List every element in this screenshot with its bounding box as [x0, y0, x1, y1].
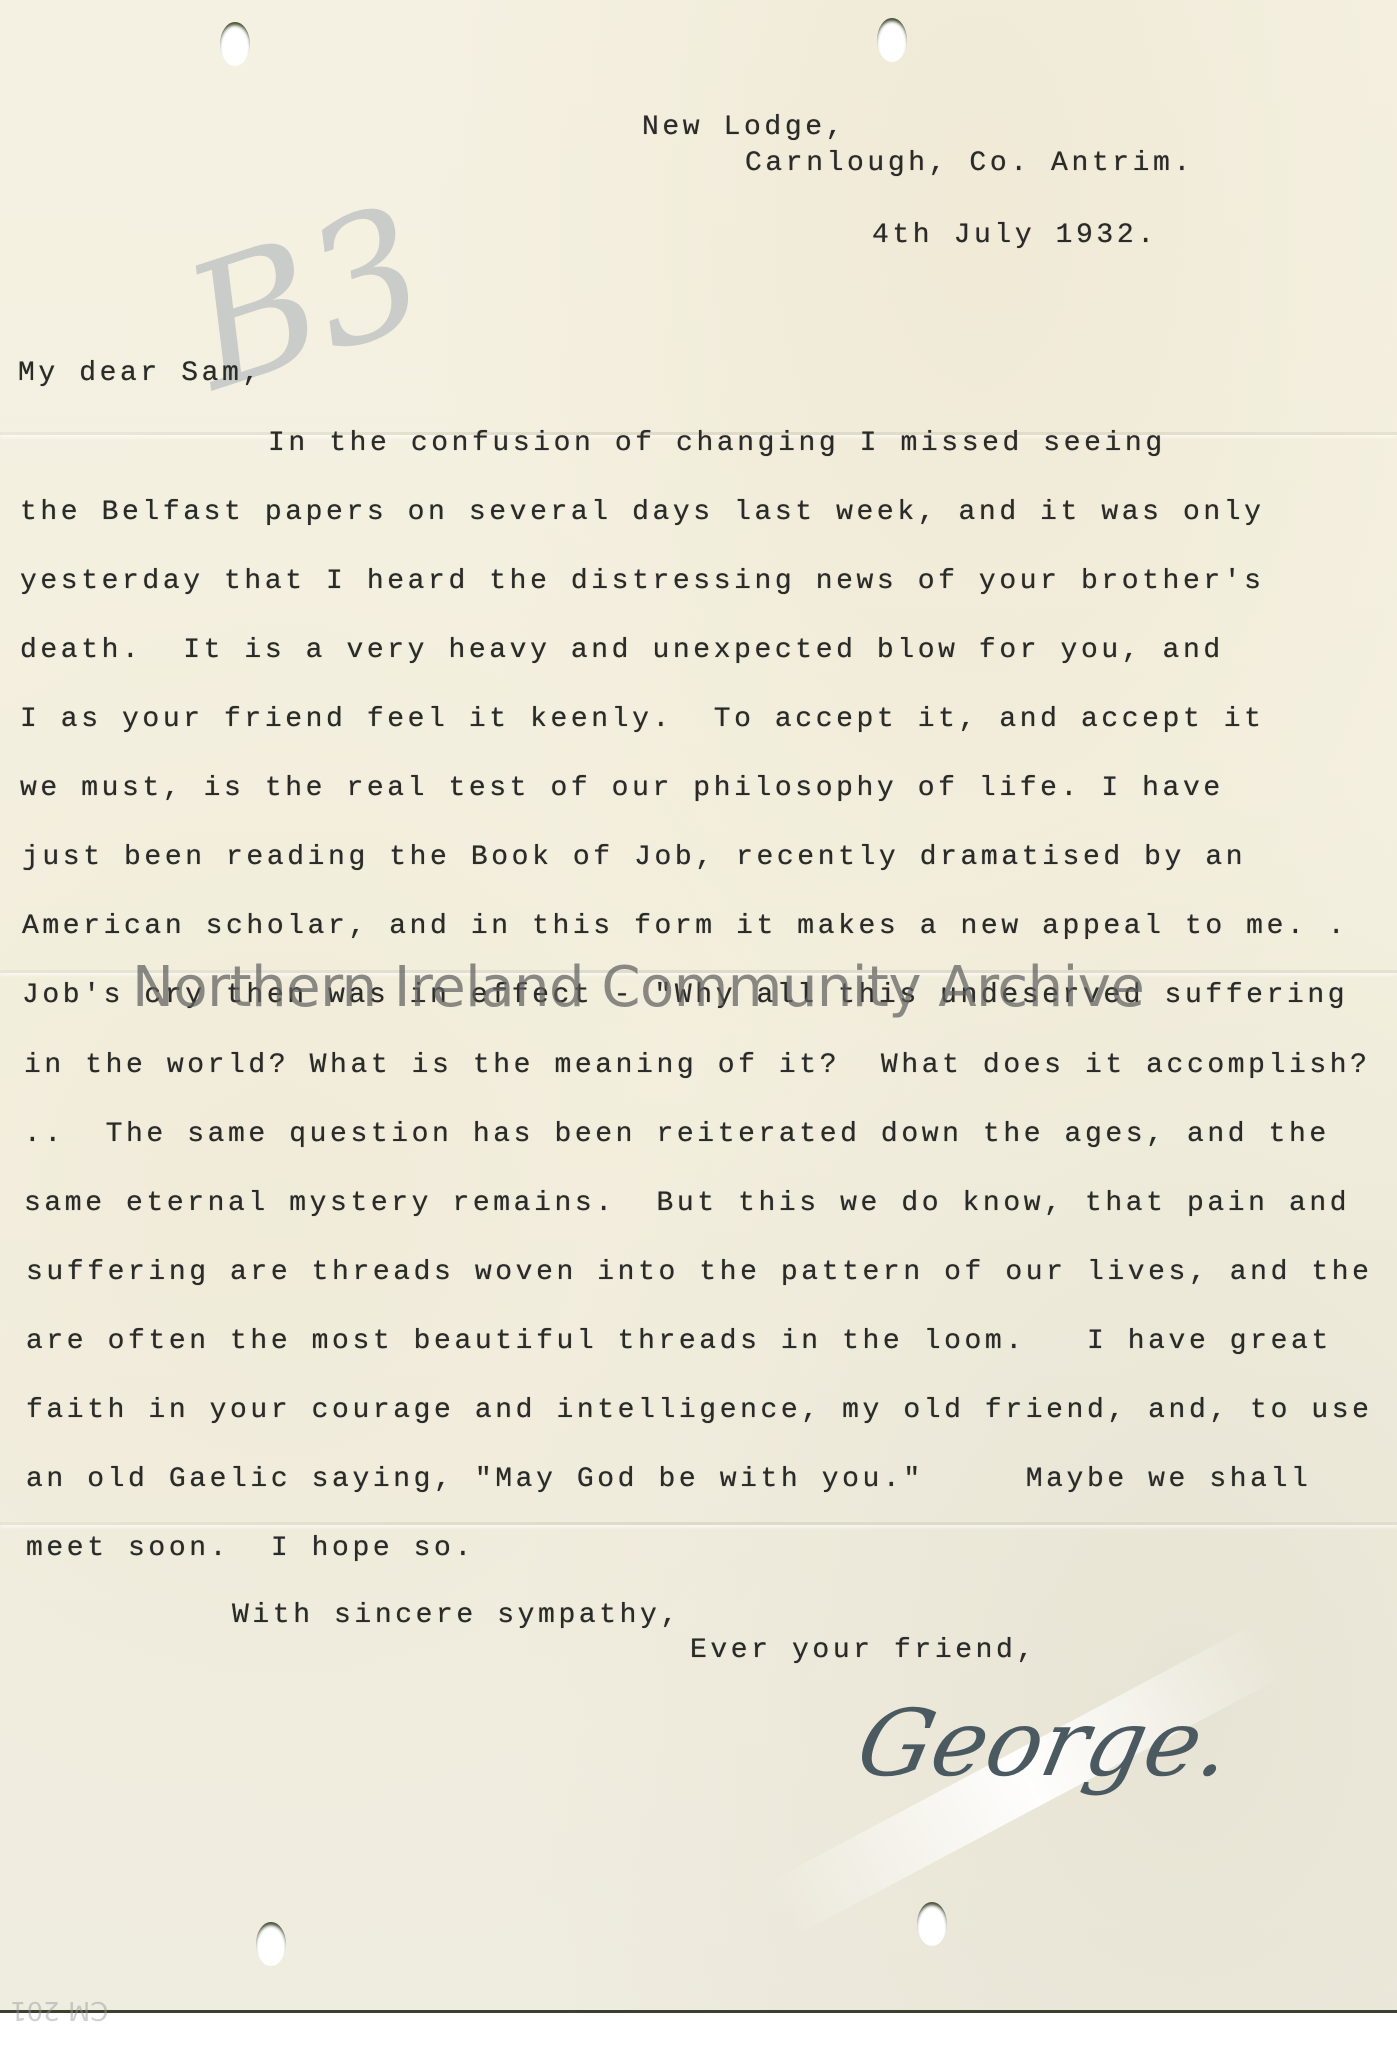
punch-hole-icon	[877, 18, 907, 62]
letter-date: 4th July 1932.	[872, 220, 1158, 251]
body-line: death. It is a very heavy and unexpected…	[20, 635, 1224, 666]
closing: With sincere sympathy,	[232, 1600, 681, 1631]
address-line-1: New Lodge,	[642, 112, 846, 143]
body-line: I as your friend feel it keenly. To acce…	[20, 704, 1265, 735]
scan-background	[0, 2013, 1397, 2048]
fold-crease	[0, 1522, 1397, 1525]
valediction: Ever your friend,	[690, 1635, 1037, 1666]
body-line: we must, is the real test of our philoso…	[20, 773, 1224, 804]
body-line: In the confusion of changing I missed se…	[268, 428, 1166, 459]
body-line: same eternal mystery remains. But this w…	[24, 1188, 1350, 1219]
address-line-2: Carnlough, Co. Antrim.	[745, 148, 1194, 179]
punch-hole-icon	[917, 1902, 947, 1946]
catalog-number: CM 201	[10, 1995, 108, 2025]
punch-hole-icon	[220, 22, 250, 66]
body-line: just been reading the Book of Job, recen…	[22, 842, 1246, 873]
body-line: American scholar, and in this form it ma…	[22, 911, 1348, 942]
archive-watermark: Northern Ireland Community Archive	[132, 955, 1144, 1020]
salutation: My dear Sam,	[18, 358, 263, 389]
punch-hole-icon	[256, 1922, 286, 1966]
body-line: faith in your courage and intelligence, …	[26, 1395, 1373, 1426]
body-line: yesterday that I heard the distressing n…	[20, 566, 1265, 597]
body-line: suffering are threads woven into the pat…	[26, 1257, 1373, 1288]
body-line: an old Gaelic saying, "May God be with y…	[26, 1464, 1311, 1495]
body-line: are often the most beautiful threads in …	[26, 1326, 1332, 1357]
body-line: .. The same question has been reiterated…	[24, 1119, 1330, 1150]
body-line: the Belfast papers on several days last …	[20, 497, 1265, 528]
body-line: in the world? What is the meaning of it?…	[24, 1050, 1371, 1081]
signature: George.	[849, 1690, 1242, 1797]
body-line: meet soon. I hope so.	[26, 1533, 475, 1564]
